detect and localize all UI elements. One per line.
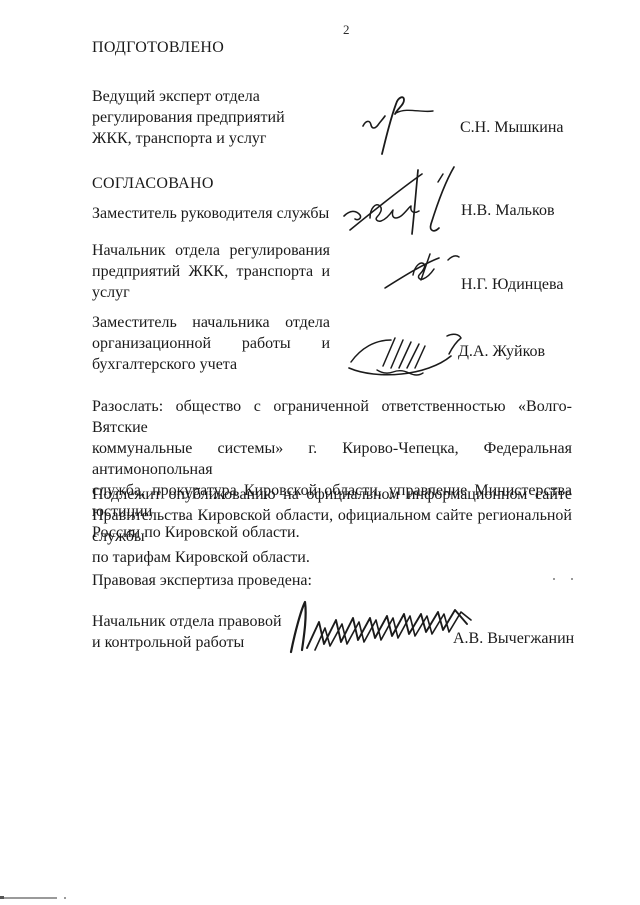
title-line: услуг: [92, 282, 330, 303]
title-line: предприятий ЖКК, транспорта и: [92, 261, 330, 282]
page-number: 2: [343, 22, 350, 38]
paragraph-line: коммунальные системы» г. Кирово-Чепецка,…: [92, 438, 572, 480]
title-line: организационной работы и: [92, 333, 330, 354]
signature-malkov: [342, 166, 472, 241]
title-line: Ведущий эксперт отдела: [92, 86, 342, 107]
paragraph-line: Разослать: общество с ограниченной ответ…: [92, 396, 572, 438]
signer-name-yudintseva: Н.Г. Юдинцева: [461, 276, 563, 294]
signature-myshkina: [355, 88, 440, 160]
signer-title-malkov: Заместитель руководителя службы: [92, 203, 352, 224]
signer-title-yudintseva: Начальник отдела регулирования предприят…: [92, 240, 330, 303]
paragraph-line: Подлежит опубликованию на официальном ин…: [92, 484, 572, 505]
title-line: бухгалтерского учета: [92, 354, 330, 375]
signer-name-malkov: Н.В. Мальков: [461, 202, 555, 220]
signer-name-zhuikov: Д.А. Жуйков: [458, 343, 545, 361]
scan-artifact-line: [4, 897, 57, 899]
signer-name-vychegzhanin: А.В. Вычегжанин: [453, 630, 574, 648]
signer-title-prepared: Ведущий эксперт отдела регулирования пре…: [92, 86, 342, 149]
signature-zhuikov: [347, 326, 472, 380]
paragraph-line: Правительства Кировской области, официал…: [92, 505, 572, 547]
signer-title-zhuikov: Заместитель начальника отдела организаци…: [92, 312, 330, 375]
heading-prepared: ПОДГОТОВЛЕНО: [92, 39, 224, 57]
title-line: Начальник отдела регулирования: [92, 240, 330, 261]
scan-artifact-dot: [571, 578, 573, 580]
title-line: регулирования предприятий: [92, 107, 342, 128]
title-line: Заместитель начальника отдела: [92, 312, 330, 333]
title-line: ЖКК, транспорта и услуг: [92, 128, 342, 149]
paragraph-line: по тарифам Кировской области.: [92, 547, 572, 568]
signer-name-myshkina: С.Н. Мышкина: [460, 119, 564, 137]
heading-agreed: СОГЛАСОВАНО: [92, 175, 214, 193]
publication-paragraph: Подлежит опубликованию на официальном ин…: [92, 484, 572, 568]
document-page: 2 ПОДГОТОВЛЕНО Ведущий эксперт отдела ре…: [0, 0, 640, 905]
scan-artifact-dot: [553, 578, 555, 580]
legal-intro: Правовая экспертиза проведена:: [92, 570, 312, 591]
title-line: Заместитель руководителя службы: [92, 203, 352, 224]
signature-vychegzhanin: [281, 598, 476, 656]
scan-artifact-dot: [64, 897, 66, 899]
signature-yudintseva: [383, 251, 463, 291]
